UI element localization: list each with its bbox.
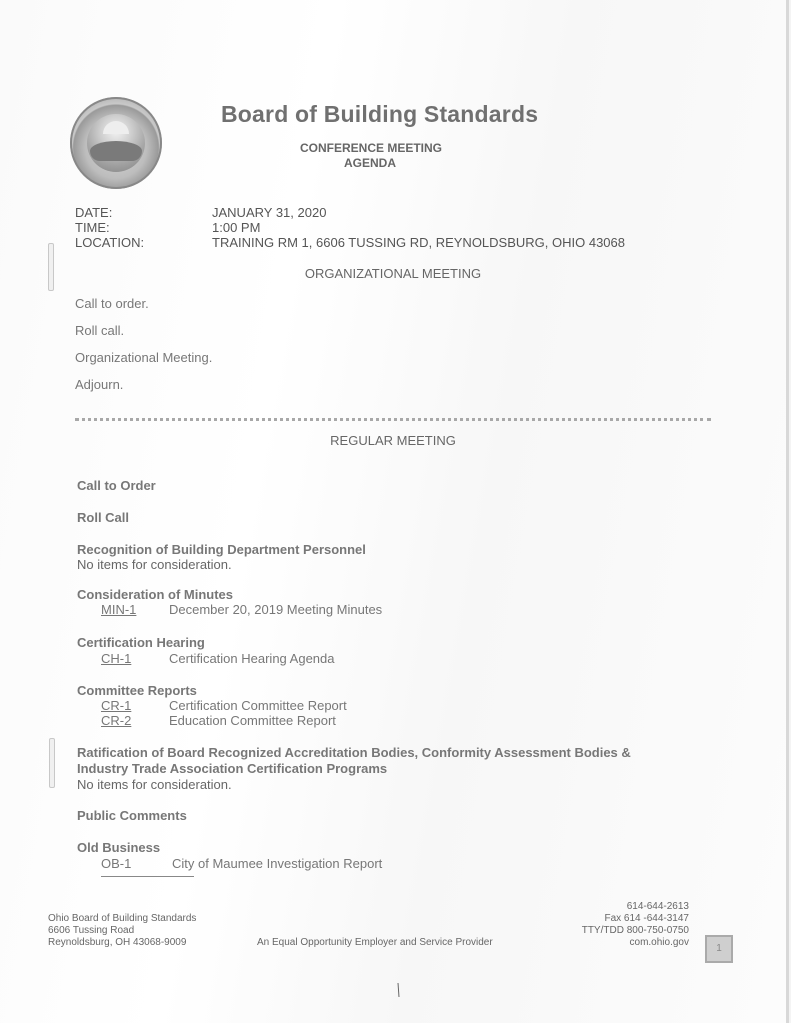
ratification-note: No items for consideration. bbox=[77, 777, 232, 792]
organizational-meeting-heading: ORGANIZATIONAL MEETING bbox=[0, 266, 786, 281]
agenda-item-description: December 20, 2019 Meeting Minutes bbox=[169, 602, 382, 617]
time-label: TIME: bbox=[75, 220, 110, 235]
agenda-item-code-min-1[interactable]: MIN-1 bbox=[101, 602, 136, 617]
section-divider bbox=[75, 418, 711, 421]
footer-fax: Fax 614 -644-3147 bbox=[604, 913, 689, 924]
org-item-roll-call: Roll call. bbox=[75, 323, 124, 338]
footer-equal-opportunity: An Equal Opportunity Employer and Servic… bbox=[257, 937, 493, 948]
agenda-item-code-ch-1[interactable]: CH-1 bbox=[101, 651, 131, 666]
agenda-item-code-cr-1[interactable]: CR-1 bbox=[101, 698, 131, 713]
agenda-item-code-cr-2[interactable]: CR-2 bbox=[101, 713, 131, 728]
pen-mark bbox=[398, 983, 400, 997]
location-label: LOCATION: bbox=[75, 235, 144, 250]
public-comments-heading: Public Comments bbox=[77, 808, 187, 823]
ob-1-underline bbox=[101, 876, 194, 877]
footer-city: Reynoldsburg, OH 43068-9009 bbox=[48, 937, 186, 948]
agenda-item-description: Education Committee Report bbox=[169, 713, 336, 728]
agenda-page: Board of Building Standards CONFERENCE M… bbox=[0, 0, 789, 1023]
agenda-item-description: Certification Hearing Agenda bbox=[169, 651, 335, 666]
roll-call-heading: Roll Call bbox=[77, 510, 129, 525]
agenda-item-code-ob-1[interactable]: OB-1 bbox=[101, 856, 131, 871]
recognition-note: No items for consideration. bbox=[77, 557, 232, 572]
recognition-heading: Recognition of Building Department Perso… bbox=[77, 542, 366, 557]
ohio-seal-icon bbox=[70, 97, 162, 189]
org-item-call-to-order: Call to order. bbox=[75, 296, 149, 311]
footer-website[interactable]: com.ohio.gov bbox=[630, 937, 689, 948]
location-value: TRAINING RM 1, 6606 TUSSING RD, REYNOLDS… bbox=[212, 235, 625, 250]
agenda-item-description: Certification Committee Report bbox=[169, 698, 347, 713]
org-item-organizational-meeting: Organizational Meeting. bbox=[75, 350, 212, 365]
staple-hole-icon bbox=[48, 243, 54, 291]
footer-org-name: Ohio Board of Building Standards bbox=[48, 913, 196, 924]
certification-hearing-heading: Certification Hearing bbox=[77, 635, 205, 650]
description-underlined-part: City bbox=[172, 856, 194, 871]
org-item-adjourn: Adjourn. bbox=[75, 377, 123, 392]
minutes-heading: Consideration of Minutes bbox=[77, 587, 233, 602]
regular-meeting-heading: REGULAR MEETING bbox=[0, 433, 786, 448]
subtitle-conference-meeting: CONFERENCE MEETING bbox=[300, 141, 440, 155]
committee-reports-heading: Committee Reports bbox=[77, 683, 197, 698]
ratification-heading-line2: Industry Trade Association Certification… bbox=[77, 761, 387, 776]
description-rest: of Maumee Investigation Report bbox=[194, 856, 382, 871]
ratification-heading-line1: Ratification of Board Recognized Accredi… bbox=[77, 745, 631, 760]
page-number-badge: 1 bbox=[705, 935, 733, 963]
page-title: Board of Building Standards bbox=[221, 101, 538, 128]
staple-hole-icon bbox=[49, 738, 55, 788]
agenda-item-description: City of Maumee Investigation Report bbox=[172, 856, 382, 871]
time-value: 1:00 PM bbox=[212, 220, 260, 235]
date-label: DATE: bbox=[75, 205, 112, 220]
subtitle-agenda: AGENDA bbox=[300, 156, 440, 170]
footer-phone: 614-644-2613 bbox=[627, 901, 689, 912]
footer-street: 6606 Tussing Road bbox=[48, 925, 134, 936]
footer-tty: TTY/TDD 800-750-0750 bbox=[582, 925, 689, 936]
call-to-order-heading: Call to Order bbox=[77, 478, 156, 493]
date-value: JANUARY 31, 2020 bbox=[212, 205, 326, 220]
old-business-heading: Old Business bbox=[77, 840, 160, 855]
